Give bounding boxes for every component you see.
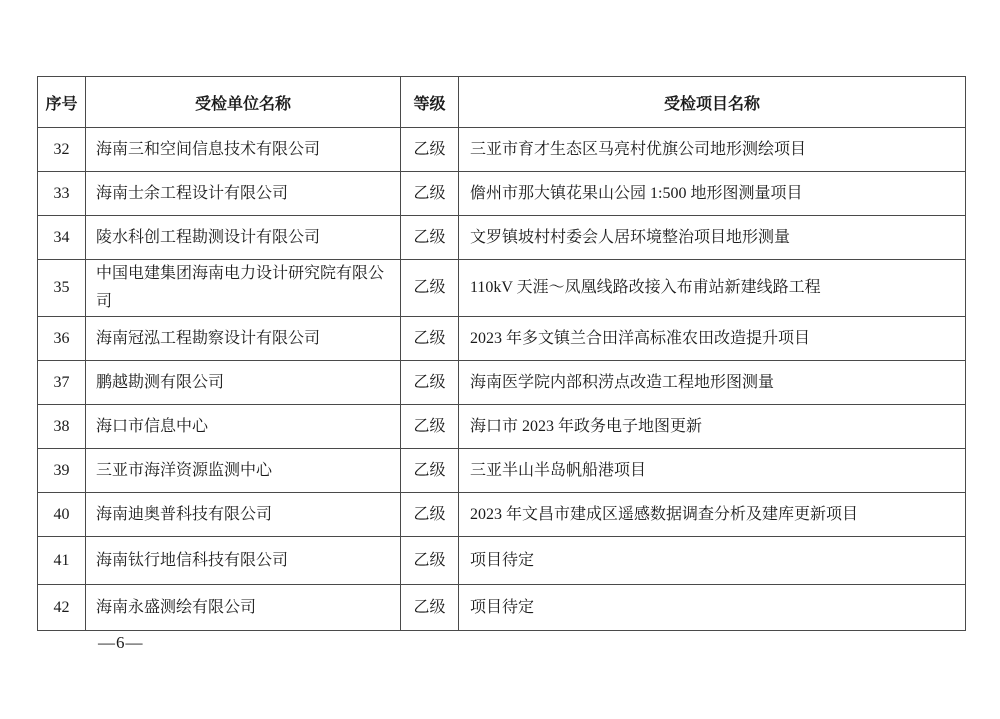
cell-unit-name: 陵水科创工程勘测设计有限公司 [86, 216, 401, 260]
cell-serial-number: 39 [38, 449, 86, 493]
table-row-38: 38 海口市信息中心 乙级 海口市 2023 年政务电子地图更新 [38, 405, 966, 449]
table-row-42: 42 海南永盛测绘有限公司 乙级 项目待定 [38, 585, 966, 631]
cell-project-name: 海南医学院内部积涝点改造工程地形图测量 [459, 361, 966, 405]
table-row-37: 37 鹏越勘测有限公司 乙级 海南医学院内部积涝点改造工程地形图测量 [38, 361, 966, 405]
cell-project-name: 三亚市育才生态区马亮村优旗公司地形测绘项目 [459, 128, 966, 172]
cell-grade: 乙级 [401, 449, 459, 493]
header-serial-number: 序号 [38, 77, 86, 128]
cell-serial-number: 42 [38, 585, 86, 631]
cell-project-name: 2023 年多文镇兰合田洋高标准农田改造提升项目 [459, 317, 966, 361]
cell-unit-name: 海南士余工程设计有限公司 [86, 172, 401, 216]
page-number: —6— [98, 633, 144, 653]
table-row-39: 39 三亚市海洋资源监测中心 乙级 三亚半山半岛帆船港项目 [38, 449, 966, 493]
table-row-34: 34 陵水科创工程勘测设计有限公司 乙级 文罗镇坡村村委会人居环境整治项目地形测… [38, 216, 966, 260]
cell-serial-number: 40 [38, 493, 86, 537]
cell-serial-number: 34 [38, 216, 86, 260]
cell-grade: 乙级 [401, 405, 459, 449]
cell-grade: 乙级 [401, 361, 459, 405]
cell-grade: 乙级 [401, 537, 459, 585]
cell-grade: 乙级 [401, 216, 459, 260]
header-unit-name: 受检单位名称 [86, 77, 401, 128]
document-page: 序号 受检单位名称 等级 受检项目名称 32 海南三和空间信息技术有限公司 乙级… [0, 0, 1000, 719]
cell-serial-number: 37 [38, 361, 86, 405]
cell-serial-number: 33 [38, 172, 86, 216]
cell-project-name: 项目待定 [459, 585, 966, 631]
cell-project-name: 儋州市那大镇花果山公园 1:500 地形图测量项目 [459, 172, 966, 216]
table-row-33: 33 海南士余工程设计有限公司 乙级 儋州市那大镇花果山公园 1:500 地形图… [38, 172, 966, 216]
cell-project-name: 三亚半山半岛帆船港项目 [459, 449, 966, 493]
table-row-35: 35 中国电建集团海南电力设计研究院有限公司 乙级 110kV 天涯～凤凰线路改… [38, 260, 966, 317]
table-row-40: 40 海南迪奥普科技有限公司 乙级 2023 年文昌市建成区遥感数据调查分析及建… [38, 493, 966, 537]
cell-serial-number: 38 [38, 405, 86, 449]
cell-unit-name: 鹏越勘测有限公司 [86, 361, 401, 405]
table-row-36: 36 海南冠泓工程勘察设计有限公司 乙级 2023 年多文镇兰合田洋高标准农田改… [38, 317, 966, 361]
cell-unit-name: 海口市信息中心 [86, 405, 401, 449]
cell-serial-number: 35 [38, 260, 86, 317]
inspection-units-table: 序号 受检单位名称 等级 受检项目名称 32 海南三和空间信息技术有限公司 乙级… [37, 76, 966, 631]
cell-unit-name: 海南钛行地信科技有限公司 [86, 537, 401, 585]
cell-unit-name: 海南三和空间信息技术有限公司 [86, 128, 401, 172]
cell-unit-name: 海南迪奥普科技有限公司 [86, 493, 401, 537]
header-project-name: 受检项目名称 [459, 77, 966, 128]
cell-serial-number: 41 [38, 537, 86, 585]
cell-grade: 乙级 [401, 585, 459, 631]
cell-project-name: 文罗镇坡村村委会人居环境整治项目地形测量 [459, 216, 966, 260]
cell-project-name: 110kV 天涯～凤凰线路改接入布甫站新建线路工程 [459, 260, 966, 317]
header-grade: 等级 [401, 77, 459, 128]
cell-project-name: 海口市 2023 年政务电子地图更新 [459, 405, 966, 449]
cell-unit-name: 海南冠泓工程勘察设计有限公司 [86, 317, 401, 361]
cell-grade: 乙级 [401, 317, 459, 361]
cell-unit-name: 中国电建集团海南电力设计研究院有限公司 [86, 260, 401, 317]
table-row-32: 32 海南三和空间信息技术有限公司 乙级 三亚市育才生态区马亮村优旗公司地形测绘… [38, 128, 966, 172]
table-row-41: 41 海南钛行地信科技有限公司 乙级 项目待定 [38, 537, 966, 585]
cell-project-name: 项目待定 [459, 537, 966, 585]
cell-grade: 乙级 [401, 260, 459, 317]
cell-grade: 乙级 [401, 172, 459, 216]
cell-project-name: 2023 年文昌市建成区遥感数据调查分析及建库更新项目 [459, 493, 966, 537]
cell-serial-number: 36 [38, 317, 86, 361]
cell-unit-name: 三亚市海洋资源监测中心 [86, 449, 401, 493]
table-header-row: 序号 受检单位名称 等级 受检项目名称 [38, 77, 966, 128]
cell-grade: 乙级 [401, 493, 459, 537]
cell-serial-number: 32 [38, 128, 86, 172]
cell-unit-name: 海南永盛测绘有限公司 [86, 585, 401, 631]
cell-grade: 乙级 [401, 128, 459, 172]
